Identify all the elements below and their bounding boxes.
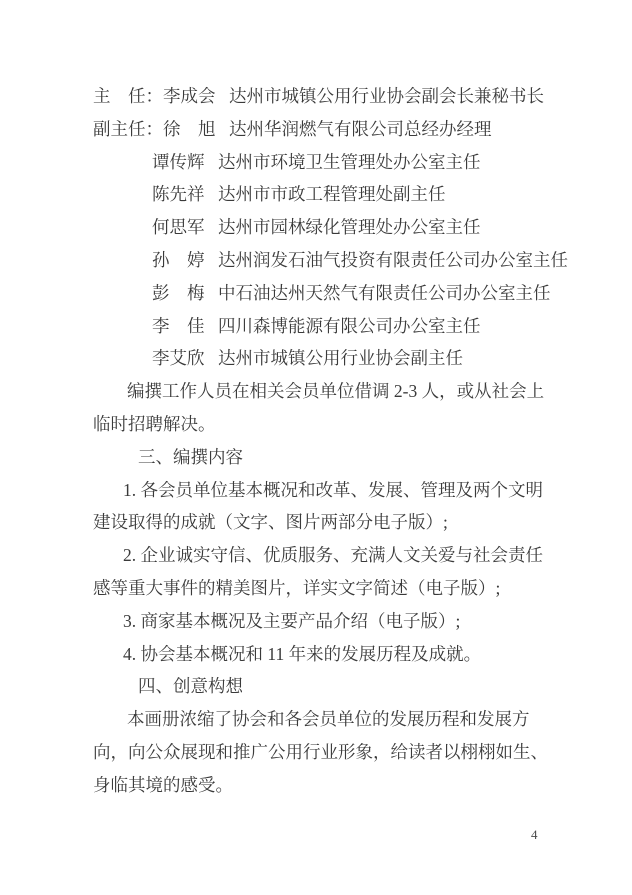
roster-row: 李艾欣达州市城镇公用行业协会副主任 xyxy=(93,342,545,375)
roster-desc: 四川森博能源有限公司办公室主任 xyxy=(218,310,545,343)
roster-name: 彭 梅 xyxy=(152,277,218,310)
roster-name: 谭传辉 xyxy=(152,146,218,179)
page-number: 4 xyxy=(531,827,538,843)
roster-label xyxy=(93,277,152,310)
document-page: 主 任：李成会达州市城镇公用行业协会副会长兼秘书长副主任：徐 旭达州华润燃气有限… xyxy=(0,0,632,895)
roster-row: 彭 梅中石油达州天然气有限责任公司办公室主任 xyxy=(93,277,545,310)
text-line: 本画册浓缩了协会和各会员单位的发展历程和发展方 xyxy=(93,703,545,736)
roster-label: 副主任： xyxy=(93,113,163,146)
roster-label xyxy=(93,244,152,277)
roster-name: 何思军 xyxy=(152,211,218,244)
roster-name: 陈先祥 xyxy=(152,178,218,211)
roster-name: 李艾欣 xyxy=(152,342,218,375)
text-line: 建设取得的成就（文字、图片两部分电子版）; xyxy=(93,506,545,539)
roster-name: 孙 婷 xyxy=(152,244,218,277)
roster-row: 陈先祥达州市市政工程管理处副主任 xyxy=(93,178,545,211)
roster-desc: 达州市城镇公用行业协会副会长兼秘书长 xyxy=(229,80,545,113)
text-line: 3. 商家基本概况及主要产品介绍（电子版）; xyxy=(93,605,545,638)
roster-section: 主 任：李成会达州市城镇公用行业协会副会长兼秘书长副主任：徐 旭达州华润燃气有限… xyxy=(93,80,545,375)
paragraph-section: 编撰工作人员在相关会员单位借调 2-3 人，或从社会上临时招聘解决。三、编撰内容… xyxy=(93,375,545,801)
roster-row: 谭传辉达州市环境卫生管理处办公室主任 xyxy=(93,146,545,179)
roster-desc: 中石油达州天然气有限责任公司办公室主任 xyxy=(218,277,551,310)
document-body: 主 任：李成会达州市城镇公用行业协会副会长兼秘书长副主任：徐 旭达州华润燃气有限… xyxy=(93,80,545,802)
roster-row: 副主任：徐 旭达州华润燃气有限公司总经办经理 xyxy=(93,113,545,146)
text-line: 感等重大事件的精美图片，详实文字简述（电子版）; xyxy=(93,572,545,605)
roster-label xyxy=(93,178,152,211)
roster-desc: 达州润发石油气投资有限责任公司办公室主任 xyxy=(218,244,568,277)
roster-name: 李 佳 xyxy=(152,310,218,343)
roster-label xyxy=(93,310,152,343)
roster-row: 孙 婷达州润发石油气投资有限责任公司办公室主任 xyxy=(93,244,545,277)
text-line: 三、编撰内容 xyxy=(93,441,545,474)
roster-desc: 达州市园林绿化管理处办公室主任 xyxy=(218,211,545,244)
roster-name: 徐 旭 xyxy=(163,113,229,146)
roster-desc: 达州市城镇公用行业协会副主任 xyxy=(218,342,545,375)
text-line: 向，向公众展现和推广公用行业形象，给读者以栩栩如生、 xyxy=(93,736,545,769)
roster-label xyxy=(93,211,152,244)
text-line: 临时招聘解决。 xyxy=(93,408,545,441)
roster-row: 李 佳四川森博能源有限公司办公室主任 xyxy=(93,310,545,343)
roster-label xyxy=(93,342,152,375)
roster-name: 李成会 xyxy=(163,80,229,113)
text-line: 1. 各会员单位基本概况和改革、发展、管理及两个文明 xyxy=(93,474,545,507)
roster-label: 主 任： xyxy=(93,80,163,113)
roster-desc: 达州市环境卫生管理处办公室主任 xyxy=(218,146,545,179)
roster-desc: 达州市市政工程管理处副主任 xyxy=(218,178,545,211)
text-line: 四、创意构想 xyxy=(93,670,545,703)
text-line: 2. 企业诚实守信、优质服务、充满人文关爱与社会责任 xyxy=(93,539,545,572)
text-line: 身临其境的感受。 xyxy=(93,769,545,802)
text-line: 4. 协会基本概况和 11 年来的发展历程及成就。 xyxy=(93,638,545,671)
roster-row: 何思军达州市园林绿化管理处办公室主任 xyxy=(93,211,545,244)
roster-desc: 达州华润燃气有限公司总经办经理 xyxy=(229,113,545,146)
roster-label xyxy=(93,146,152,179)
roster-row: 主 任：李成会达州市城镇公用行业协会副会长兼秘书长 xyxy=(93,80,545,113)
text-line: 编撰工作人员在相关会员单位借调 2-3 人，或从社会上 xyxy=(93,375,545,408)
